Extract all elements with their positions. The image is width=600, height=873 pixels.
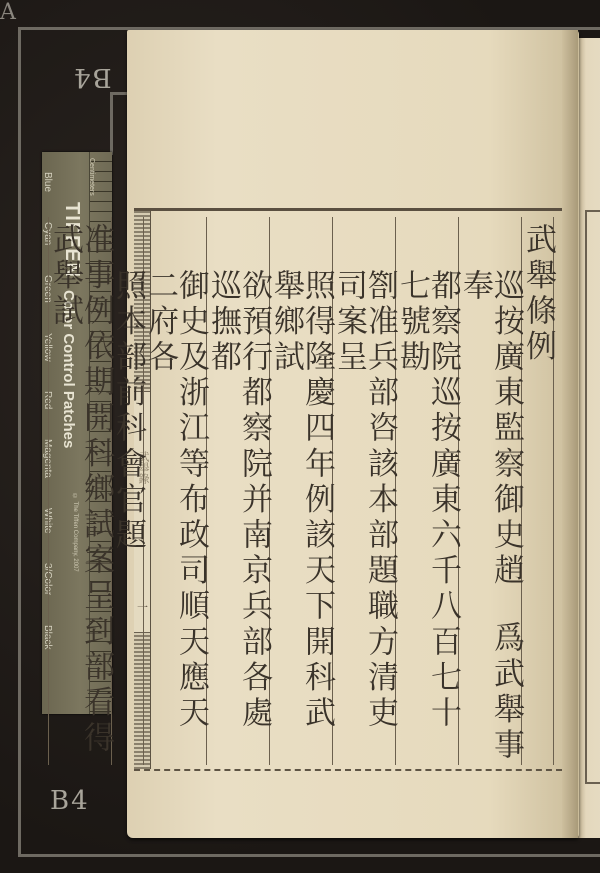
column-text: 准事例依期開科鄉試案呈到部看得武舉試	[49, 223, 111, 765]
text-column-heading: 武舉條例	[521, 217, 554, 765]
facing-page-edge	[577, 38, 600, 838]
column-text: 巡按廣東監察御史趙爲武舉事奉	[459, 223, 521, 765]
column-text: 御史及浙江等布政司順天應天二府各	[144, 223, 206, 765]
printed-text-block: 武舉錄 一 武舉條例 巡按廣東監察御史趙爲武舉事奉 都察院巡按廣東六千八百七十七…	[134, 208, 562, 771]
text-columns: 武舉條例 巡按廣東監察御史趙爲武舉事奉 都察院巡按廣東六千八百七十七號勘 劄准兵…	[154, 217, 554, 765]
facing-page-border	[585, 210, 600, 784]
text-column: 照得隆慶四年例該天下開科武舉鄉試	[269, 217, 332, 765]
column-text: 照得隆慶四年例該天下開科武舉鄉試	[270, 223, 332, 765]
text-column: 欲預行都察院并南京兵部各處巡撫都	[206, 217, 269, 765]
frame-label-bottom: B4	[50, 786, 90, 816]
column-text: 欲預行都察院并南京兵部各處巡撫都	[207, 223, 269, 765]
text-column: 照本部前科會官題	[111, 217, 143, 765]
column-text: 劄准兵部咨該本部題職方清吏司案呈	[333, 223, 395, 765]
column-text: 都察院巡按廣東六千八百七十七號勘	[396, 223, 458, 765]
column-text-part: 巡按廣東監察御史趙	[488, 269, 524, 589]
patch-label: Blue	[42, 172, 53, 192]
frame-label-top: B4	[72, 62, 112, 92]
text-column: 准事例依期開科鄉試案呈到部看得武舉試	[48, 217, 111, 765]
column-text: 照本部前科會官題	[112, 223, 143, 765]
text-column: 御史及浙江等布政司順天應天二府各	[143, 217, 206, 765]
ruler-label: Centimeters	[88, 158, 95, 196]
column-text: 武舉條例	[522, 223, 553, 765]
corner-mark: A	[0, 0, 16, 25]
text-column: 劄准兵部咨該本部題職方清吏司案呈	[332, 217, 395, 765]
text-column: 巡按廣東監察御史趙爲武舉事奉	[458, 217, 521, 765]
book-gutter	[562, 30, 578, 838]
text-column: 都察院巡按廣東六千八百七十七號勘	[395, 217, 458, 765]
